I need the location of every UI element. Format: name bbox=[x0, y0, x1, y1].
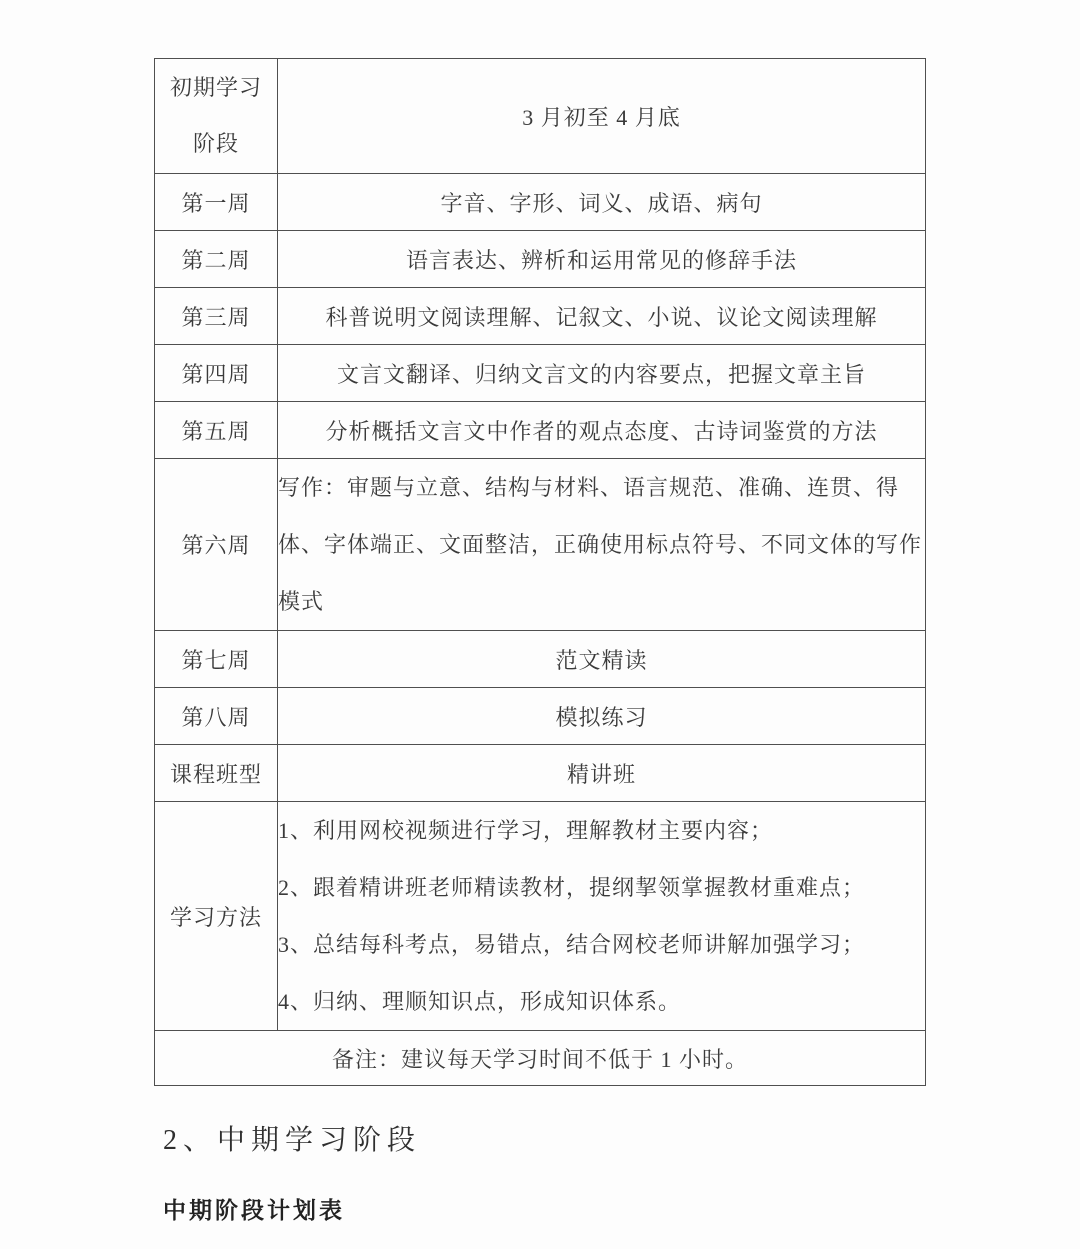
week6-content-cell: 写作：审题与立意、结构与材料、语言规范、准确、连贯、得体、字体端正、文面整洁，正… bbox=[278, 459, 926, 631]
note-cell: 备注：建议每天学习时间不低于 1 小时。 bbox=[155, 1031, 926, 1086]
document-page: 初期学习 阶段 3 月初至 4 月底 第一周 字音、字形、词义、成语、病句 第二… bbox=[0, 0, 1080, 1249]
course-type-content-cell: 精讲班 bbox=[278, 745, 926, 802]
study-plan-table: 初期学习 阶段 3 月初至 4 月底 第一周 字音、字形、词义、成语、病句 第二… bbox=[154, 58, 926, 1086]
table-row: 学习方法 1、利用网校视频进行学习，理解教材主要内容； 2、跟着精讲班老师精读教… bbox=[155, 802, 926, 1031]
week5-label-cell: 第五周 bbox=[155, 402, 278, 459]
course-type-label-cell: 课程班型 bbox=[155, 745, 278, 802]
week1-content-cell: 字音、字形、词义、成语、病句 bbox=[278, 174, 926, 231]
table-row: 第一周 字音、字形、词义、成语、病句 bbox=[155, 174, 926, 231]
week2-label-cell: 第二周 bbox=[155, 231, 278, 288]
methods-content-cell: 1、利用网校视频进行学习，理解教材主要内容； 2、跟着精讲班老师精读教材，提纲挈… bbox=[278, 802, 926, 1031]
table-row: 备注：建议每天学习时间不低于 1 小时。 bbox=[155, 1031, 926, 1086]
table-row: 初期学习 阶段 3 月初至 4 月底 bbox=[155, 59, 926, 174]
method-item-1: 1、利用网校视频进行学习，理解教材主要内容； bbox=[278, 802, 925, 859]
method-item-3: 3、总结每科考点，易错点，结合网校老师讲解加强学习； bbox=[278, 916, 925, 973]
table-row: 第三周 科普说明文阅读理解、记叙文、小说、议论文阅读理解 bbox=[155, 288, 926, 345]
week8-label-cell: 第八周 bbox=[155, 688, 278, 745]
table-row: 第二周 语言表达、辨析和运用常见的修辞手法 bbox=[155, 231, 926, 288]
week7-label-cell: 第七周 bbox=[155, 631, 278, 688]
method-item-4: 4、归纳、理顺知识点，形成知识体系。 bbox=[278, 973, 925, 1030]
week4-content-cell: 文言文翻译、归纳文言文的内容要点，把握文章主旨 bbox=[278, 345, 926, 402]
week5-content-cell: 分析概括文言文中作者的观点态度、古诗词鉴赏的方法 bbox=[278, 402, 926, 459]
stage-label-line2: 阶段 bbox=[155, 116, 277, 172]
stage-label-line1: 初期学习 bbox=[155, 60, 277, 116]
week2-content-cell: 语言表达、辨析和运用常见的修辞手法 bbox=[278, 231, 926, 288]
sub-heading: 中期阶段计划表 bbox=[163, 1192, 345, 1225]
table-row: 第七周 范文精读 bbox=[155, 631, 926, 688]
week3-label-cell: 第三周 bbox=[155, 288, 278, 345]
stage-dates-cell: 3 月初至 4 月底 bbox=[278, 59, 926, 174]
method-item-2: 2、跟着精讲班老师精读教材，提纲挈领掌握教材重难点； bbox=[278, 859, 925, 916]
table-row: 第六周 写作：审题与立意、结构与材料、语言规范、准确、连贯、得体、字体端正、文面… bbox=[155, 459, 926, 631]
table-row: 第四周 文言文翻译、归纳文言文的内容要点，把握文章主旨 bbox=[155, 345, 926, 402]
methods-label-cell: 学习方法 bbox=[155, 802, 278, 1031]
week6-label-cell: 第六周 bbox=[155, 459, 278, 631]
week1-label-cell: 第一周 bbox=[155, 174, 278, 231]
table-row: 第八周 模拟练习 bbox=[155, 688, 926, 745]
week8-content-cell: 模拟练习 bbox=[278, 688, 926, 745]
table-row: 课程班型 精讲班 bbox=[155, 745, 926, 802]
stage-label-cell: 初期学习 阶段 bbox=[155, 59, 278, 174]
week7-content-cell: 范文精读 bbox=[278, 631, 926, 688]
week4-label-cell: 第四周 bbox=[155, 345, 278, 402]
table-row: 第五周 分析概括文言文中作者的观点态度、古诗词鉴赏的方法 bbox=[155, 402, 926, 459]
week3-content-cell: 科普说明文阅读理解、记叙文、小说、议论文阅读理解 bbox=[278, 288, 926, 345]
section-heading: 2、中期学习阶段 bbox=[163, 1118, 421, 1158]
